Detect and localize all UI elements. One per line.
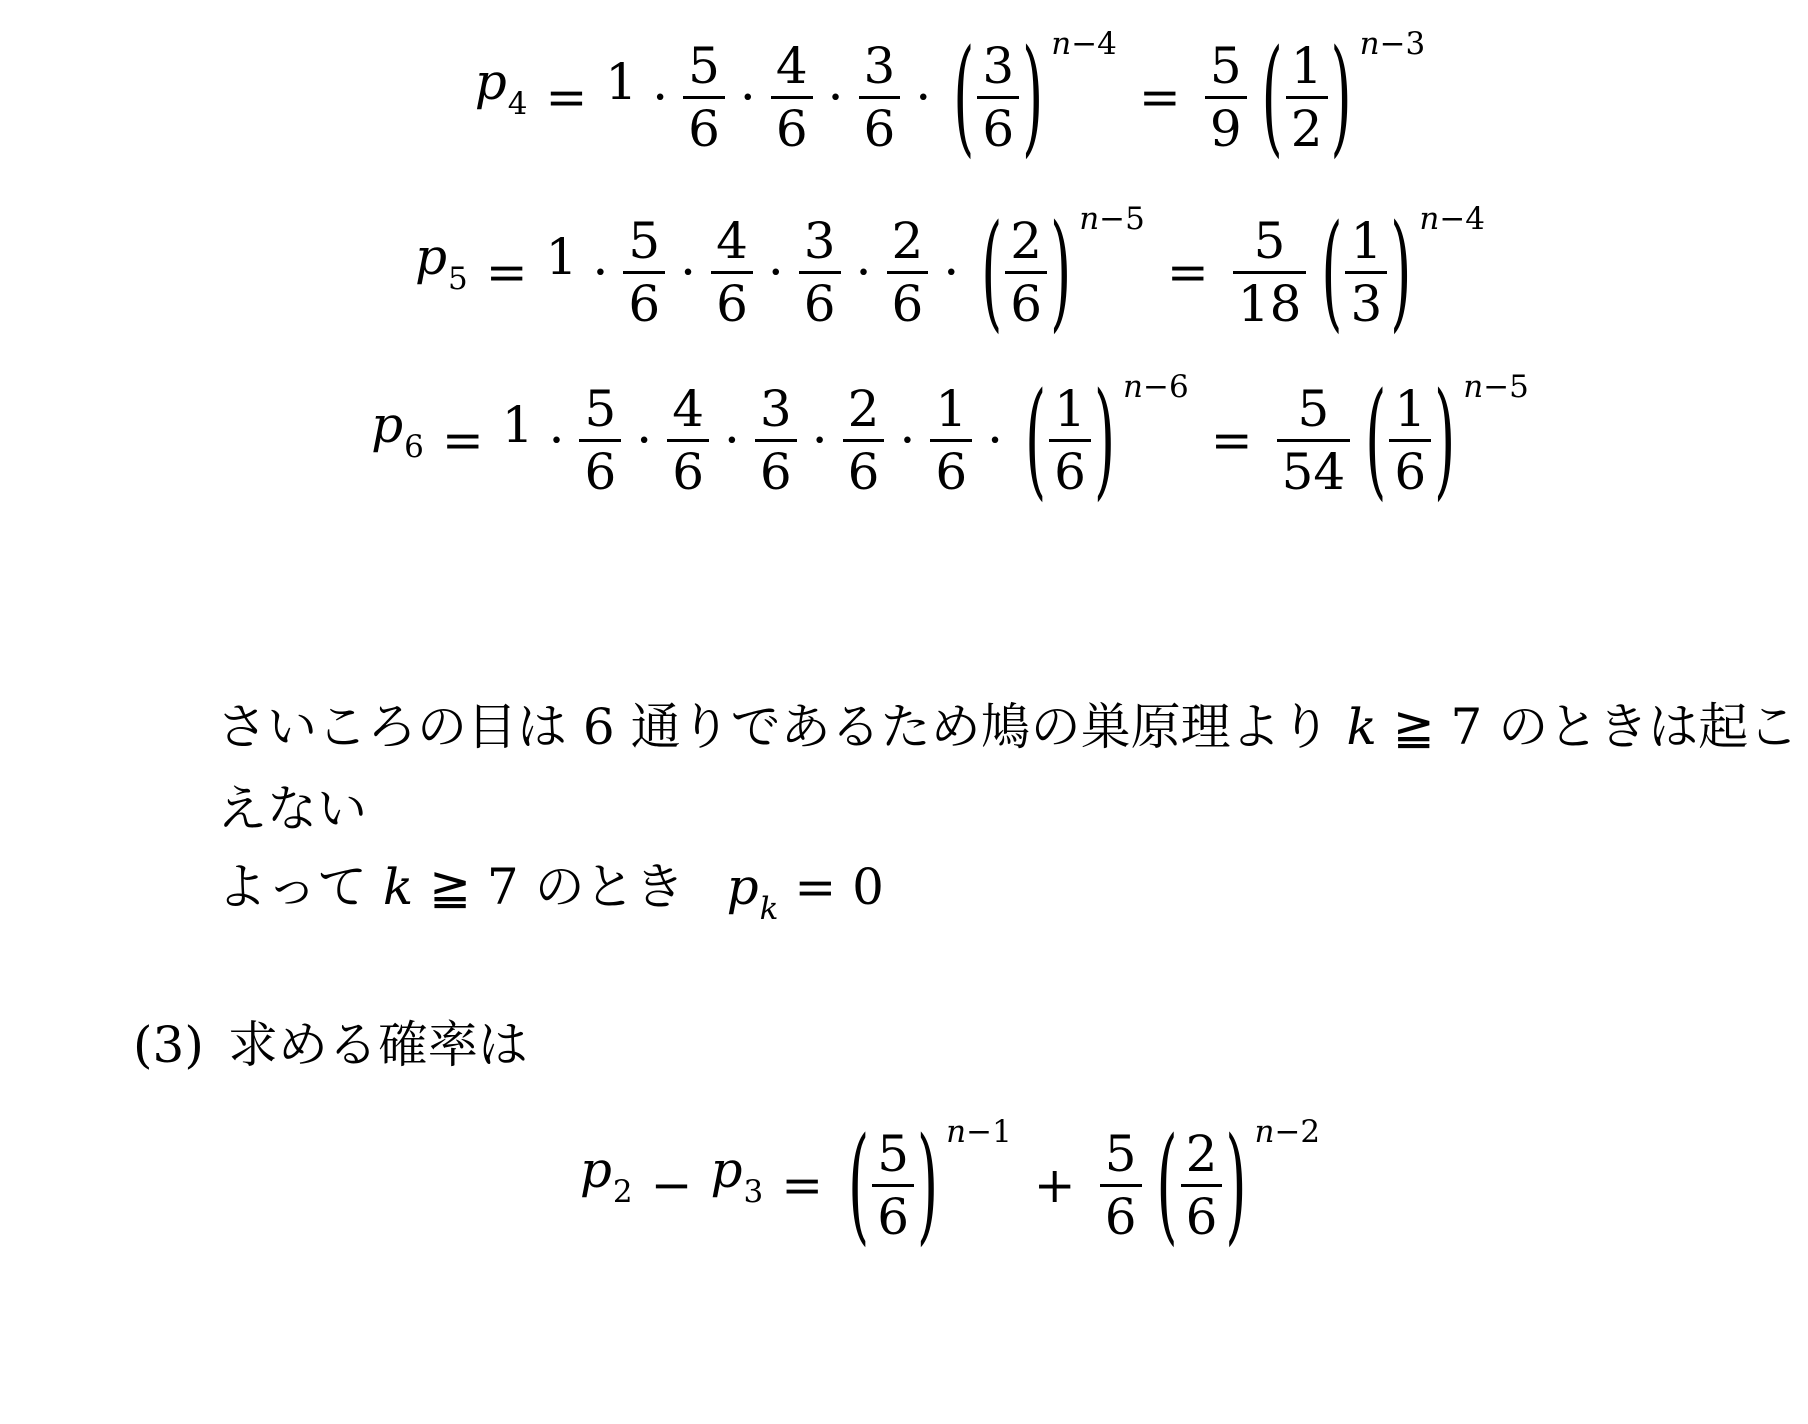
- fraction-5-6: 56: [623, 213, 665, 332]
- cdot-operator: ·: [680, 243, 696, 301]
- fraction-3-6: 36: [799, 213, 841, 332]
- left-paren: (: [1262, 34, 1283, 161]
- fraction-numerator: 1: [930, 381, 972, 437]
- fraction-denominator: 9: [1205, 101, 1247, 157]
- exp-var-n: n: [1360, 26, 1380, 62]
- fraction-denominator: 6: [859, 101, 901, 157]
- powered-fraction-1-6: ( 16 ) n−6: [1022, 381, 1189, 500]
- exp-var-n: n: [1079, 201, 1099, 237]
- powered-fraction-5-6: ( 56 ) n−1: [845, 1126, 1012, 1245]
- fraction-denominator: 6: [1181, 1189, 1223, 1245]
- minus-sign: −: [651, 1156, 693, 1214]
- equals-sign: =: [486, 243, 528, 301]
- exp-rest: −4: [1439, 201, 1485, 237]
- fraction-denominator: 6: [977, 101, 1019, 157]
- right-paren: ): [917, 1122, 938, 1249]
- right-paren: ): [1094, 377, 1115, 504]
- fraction-3-6-base: 36: [977, 38, 1019, 157]
- section-3-title: 求める確率は: [228, 1016, 528, 1074]
- powered-fraction-1-6-result: ( 16 ) n−5: [1362, 381, 1529, 500]
- equation-p2-minus-p3: p2 − p3 = ( 56 ) n−1 + 56 ( 26 ) n−2: [0, 1110, 1808, 1260]
- var-p: p: [415, 228, 447, 286]
- cdot-operator: ·: [828, 68, 844, 126]
- fraction-bar: [1100, 1184, 1142, 1187]
- cdot-operator: ·: [856, 243, 872, 301]
- fraction-numerator: 5: [623, 213, 665, 269]
- fraction-bar: [667, 439, 709, 442]
- fraction-numerator: 3: [799, 213, 841, 269]
- fraction-5-6: 56: [683, 38, 725, 157]
- fraction-bar: [755, 439, 797, 442]
- fraction-4-6: 46: [771, 38, 813, 157]
- fraction-denominator: 6: [667, 444, 709, 500]
- fraction-numerator: 3: [977, 38, 1019, 94]
- fraction-bar: [887, 271, 929, 274]
- fraction-numerator: 1: [1286, 38, 1328, 94]
- fraction-1-2-base: 12: [1286, 38, 1328, 157]
- fraction-3-6: 36: [755, 381, 797, 500]
- fraction-numerator: 3: [755, 381, 797, 437]
- text-line-enai: えない: [217, 779, 367, 839]
- cdot-operator: ·: [740, 68, 756, 126]
- fraction-1-6-base: 16: [1049, 381, 1091, 500]
- fraction-denominator: 6: [843, 444, 885, 500]
- fraction-numerator: 5: [1100, 1126, 1142, 1182]
- var-p: p: [580, 1141, 612, 1199]
- var-p: p: [711, 1141, 743, 1199]
- fraction-denominator: 6: [872, 1189, 914, 1245]
- powered-fraction-1-2: ( 12 ) n−3: [1259, 38, 1426, 157]
- equals-sign: =: [1139, 68, 1181, 126]
- fraction-denominator: 6: [1049, 444, 1091, 500]
- fraction-4-6: 46: [711, 213, 753, 332]
- fraction-2-6-base: 26: [1181, 1126, 1223, 1245]
- subscript-k: k: [760, 891, 779, 927]
- lhs-p6: p6: [371, 396, 424, 454]
- equals-sign: =: [1167, 243, 1209, 301]
- var-p: p: [371, 396, 403, 454]
- left-paren: (: [1321, 209, 1342, 336]
- left-paren: (: [848, 1122, 869, 1249]
- exponent-n-4: n−4: [1419, 201, 1485, 237]
- cdot-operator: ·: [987, 411, 1003, 469]
- fraction-denominator: 3: [1345, 276, 1387, 332]
- equation-p23-content: p2 − p3 = ( 56 ) n−1 + 56 ( 26 ) n−2: [580, 1126, 1324, 1245]
- cdot-operator: ·: [592, 243, 608, 301]
- exponent-n-5: n−5: [1079, 201, 1145, 237]
- factor-one: 1: [605, 53, 637, 111]
- fraction-numerator: 2: [1005, 213, 1047, 269]
- fraction-denominator: 6: [683, 101, 725, 157]
- fraction-2-6-base: 26: [1005, 213, 1047, 332]
- fraction-denominator: 6: [930, 444, 972, 500]
- fraction-bar: [579, 439, 621, 442]
- powered-fraction-2-6: ( 26 ) n−5: [978, 213, 1145, 332]
- section-3-heading: (3)求める確率は: [133, 1015, 528, 1075]
- var-p: p: [475, 53, 507, 111]
- coefficient-5-6: 56: [1100, 1126, 1142, 1245]
- fraction-numerator: 1: [1345, 213, 1387, 269]
- equation-p4: p4 = 1 · 56 · 46 · 36 · ( 36 ) n−4 = 59 …: [0, 22, 1808, 172]
- cdot-operator: ·: [899, 411, 915, 469]
- geqq-symbol: ≧: [1377, 698, 1451, 756]
- fraction-denominator: 6: [579, 444, 621, 500]
- fraction-bar: [683, 96, 725, 99]
- fraction-denominator: 6: [1005, 276, 1047, 332]
- line3-number-7: 7: [487, 858, 519, 916]
- fraction-numerator: 2: [1181, 1126, 1223, 1182]
- fraction-bar: [1277, 439, 1351, 442]
- left-paren: (: [1157, 1122, 1178, 1249]
- fraction-bar: [711, 271, 753, 274]
- fraction-numerator: 5: [683, 38, 725, 94]
- fraction-denominator: 54: [1277, 444, 1351, 500]
- lhs-pk: pk: [727, 857, 779, 924]
- exp-var-n: n: [1419, 201, 1439, 237]
- line1-number-7: 7: [1451, 698, 1483, 756]
- fraction-denominator: 2: [1286, 101, 1328, 157]
- left-paren: (: [953, 34, 974, 161]
- fraction-bar: [872, 1184, 914, 1187]
- fraction-numerator: 5: [1293, 381, 1335, 437]
- fraction-denominator: 6: [623, 276, 665, 332]
- powered-fraction-2-6: ( 26 ) n−2: [1154, 1126, 1321, 1245]
- fraction-bar: [977, 96, 1019, 99]
- geqq-symbol: ≧: [413, 858, 487, 916]
- line1-pre: さいころの目は 6 通りであるため鳩の巣原理より: [217, 698, 1347, 756]
- fraction-numerator: 1: [1389, 381, 1431, 437]
- cdot-operator: ·: [652, 68, 668, 126]
- pk-value-zero: 0: [852, 858, 884, 916]
- coefficient-5-54: 554: [1277, 381, 1351, 500]
- equals-sign: =: [781, 1156, 823, 1214]
- exp-rest: −5: [1099, 201, 1145, 237]
- fraction-bar: [859, 96, 901, 99]
- fraction-1-6-result-base: 16: [1389, 381, 1431, 500]
- exponent-n-6: n−6: [1123, 369, 1189, 405]
- cdot-operator: ·: [724, 411, 740, 469]
- fraction-numerator: 5: [872, 1126, 914, 1182]
- fraction-bar: [1205, 96, 1247, 99]
- left-paren: (: [1365, 377, 1386, 504]
- fraction-denominator: 6: [887, 276, 929, 332]
- subscript-5: 5: [448, 261, 468, 297]
- right-paren: ): [1434, 377, 1455, 504]
- fraction-2-6: 26: [887, 213, 929, 332]
- plus-sign: +: [1034, 1156, 1076, 1214]
- exp-rest: −1: [966, 1114, 1012, 1150]
- fraction-numerator: 4: [667, 381, 709, 437]
- right-paren: ): [1225, 1122, 1246, 1249]
- equation-p5: p5 = 1 · 56 · 46 · 36 · 26 · ( 26 ) n−5 …: [0, 197, 1808, 347]
- fraction-denominator: 6: [799, 276, 841, 332]
- fraction-bar: [1345, 271, 1387, 274]
- right-paren: ): [1331, 34, 1352, 161]
- coefficient-5-9: 59: [1205, 38, 1247, 157]
- exp-var-n: n: [1254, 1114, 1274, 1150]
- fraction-denominator: 6: [771, 101, 813, 157]
- lhs-p5: p5: [415, 228, 468, 286]
- fraction-denominator: 6: [1100, 1189, 1142, 1245]
- var-k: k: [383, 858, 413, 916]
- fraction-numerator: 4: [771, 38, 813, 94]
- fraction-numerator: 2: [843, 381, 885, 437]
- exp-rest: −5: [1483, 369, 1529, 405]
- fraction-numerator: 2: [887, 213, 929, 269]
- lhs-p2: p2: [580, 1141, 633, 1199]
- equation-p6: p6 = 1 · 56 · 46 · 36 · 26 · 16 · ( 16 )…: [0, 365, 1808, 515]
- pk-equals: =: [778, 858, 852, 916]
- cdot-operator: ·: [943, 243, 959, 301]
- fraction-numerator: 5: [579, 381, 621, 437]
- lhs-p4: p4: [475, 53, 528, 111]
- fraction-bar: [1286, 96, 1328, 99]
- fraction-bar: [771, 96, 813, 99]
- exponent-n-5: n−5: [1463, 369, 1529, 405]
- fraction-1-3-base: 13: [1345, 213, 1387, 332]
- equals-sign: =: [545, 68, 587, 126]
- fraction-denominator: 6: [711, 276, 753, 332]
- equation-p4-content: p4 = 1 · 56 · 46 · 36 · ( 36 ) n−4 = 59 …: [475, 38, 1430, 157]
- exponent-n-1: n−1: [946, 1114, 1012, 1150]
- fraction-numerator: 1: [1049, 381, 1091, 437]
- subscript-3: 3: [744, 1174, 764, 1210]
- fraction-bar: [1233, 271, 1307, 274]
- exponent-n-3: n−3: [1360, 26, 1426, 62]
- exponent-n-2: n−2: [1254, 1114, 1320, 1150]
- line1-post: のときは起こり: [1482, 698, 1808, 756]
- equals-sign: =: [1211, 411, 1253, 469]
- var-p: p: [727, 858, 759, 916]
- fraction-1-6: 16: [930, 381, 972, 500]
- fraction-numerator: 4: [711, 213, 753, 269]
- text-line-yotte: よって k ≧ 7 のときpk = 0: [217, 857, 884, 924]
- factor-one: 1: [546, 228, 578, 286]
- var-k: k: [1347, 698, 1377, 756]
- subscript-6: 6: [404, 429, 424, 465]
- cdot-operator: ·: [768, 243, 784, 301]
- powered-fraction-1-3: ( 13 ) n−4: [1318, 213, 1485, 332]
- factor-one: 1: [502, 396, 534, 454]
- fraction-numerator: 5: [1249, 213, 1291, 269]
- line3-pre: よって: [217, 858, 383, 916]
- fraction-5-6: 56: [579, 381, 621, 500]
- lhs-p3: p3: [711, 1141, 764, 1199]
- exp-var-n: n: [1051, 26, 1071, 62]
- math-solution-page: p4 = 1 · 56 · 46 · 36 · ( 36 ) n−4 = 59 …: [0, 0, 1808, 1424]
- exp-rest: −4: [1071, 26, 1117, 62]
- fraction-denominator: 6: [755, 444, 797, 500]
- cdot-operator: ·: [549, 411, 565, 469]
- coefficient-5-18: 518: [1233, 213, 1307, 332]
- subscript-4: 4: [508, 86, 528, 122]
- exp-rest: −6: [1143, 369, 1189, 405]
- line3-mid: のとき: [519, 858, 685, 916]
- right-paren: ): [1050, 209, 1071, 336]
- fraction-3-6: 36: [859, 38, 901, 157]
- fraction-denominator: 6: [1389, 444, 1431, 500]
- fraction-bar: [799, 271, 841, 274]
- left-paren: (: [981, 209, 1002, 336]
- fraction-bar: [1181, 1184, 1223, 1187]
- fraction-2-6: 26: [843, 381, 885, 500]
- exp-rest: −2: [1274, 1114, 1320, 1150]
- fraction-bar: [843, 439, 885, 442]
- cdot-operator: ·: [636, 411, 652, 469]
- fraction-4-6: 46: [667, 381, 709, 500]
- fraction-bar: [623, 271, 665, 274]
- subscript-2: 2: [613, 1174, 633, 1210]
- left-paren: (: [1025, 377, 1046, 504]
- fraction-5-6-base: 56: [872, 1126, 914, 1245]
- fraction-denominator: 18: [1233, 276, 1307, 332]
- exponent-n-4: n−4: [1051, 26, 1117, 62]
- exp-rest: −3: [1380, 26, 1426, 62]
- fraction-bar: [1005, 271, 1047, 274]
- fraction-bar: [1389, 439, 1431, 442]
- right-paren: ): [1390, 209, 1411, 336]
- exp-var-n: n: [1123, 369, 1143, 405]
- text-line-pigeonhole: さいころの目は 6 通りであるため鳩の巣原理より k ≧ 7 のときは起こり: [217, 697, 1808, 757]
- fraction-numerator: 5: [1205, 38, 1247, 94]
- equals-sign: =: [442, 411, 484, 469]
- exp-var-n: n: [946, 1114, 966, 1150]
- equation-p5-content: p5 = 1 · 56 · 46 · 36 · 26 · ( 26 ) n−5 …: [415, 213, 1489, 332]
- powered-fraction-3-6: ( 36 ) n−4: [950, 38, 1117, 157]
- exp-var-n: n: [1463, 369, 1483, 405]
- right-paren: ): [1022, 34, 1043, 161]
- fraction-bar: [930, 439, 972, 442]
- cdot-operator: ·: [812, 411, 828, 469]
- fraction-bar: [1049, 439, 1091, 442]
- fraction-numerator: 3: [859, 38, 901, 94]
- line2-text: えない: [217, 780, 367, 838]
- section-3-label: (3): [133, 1016, 204, 1074]
- cdot-operator: ·: [915, 68, 931, 126]
- equation-p6-content: p6 = 1 · 56 · 46 · 36 · 26 · 16 · ( 16 )…: [371, 381, 1533, 500]
